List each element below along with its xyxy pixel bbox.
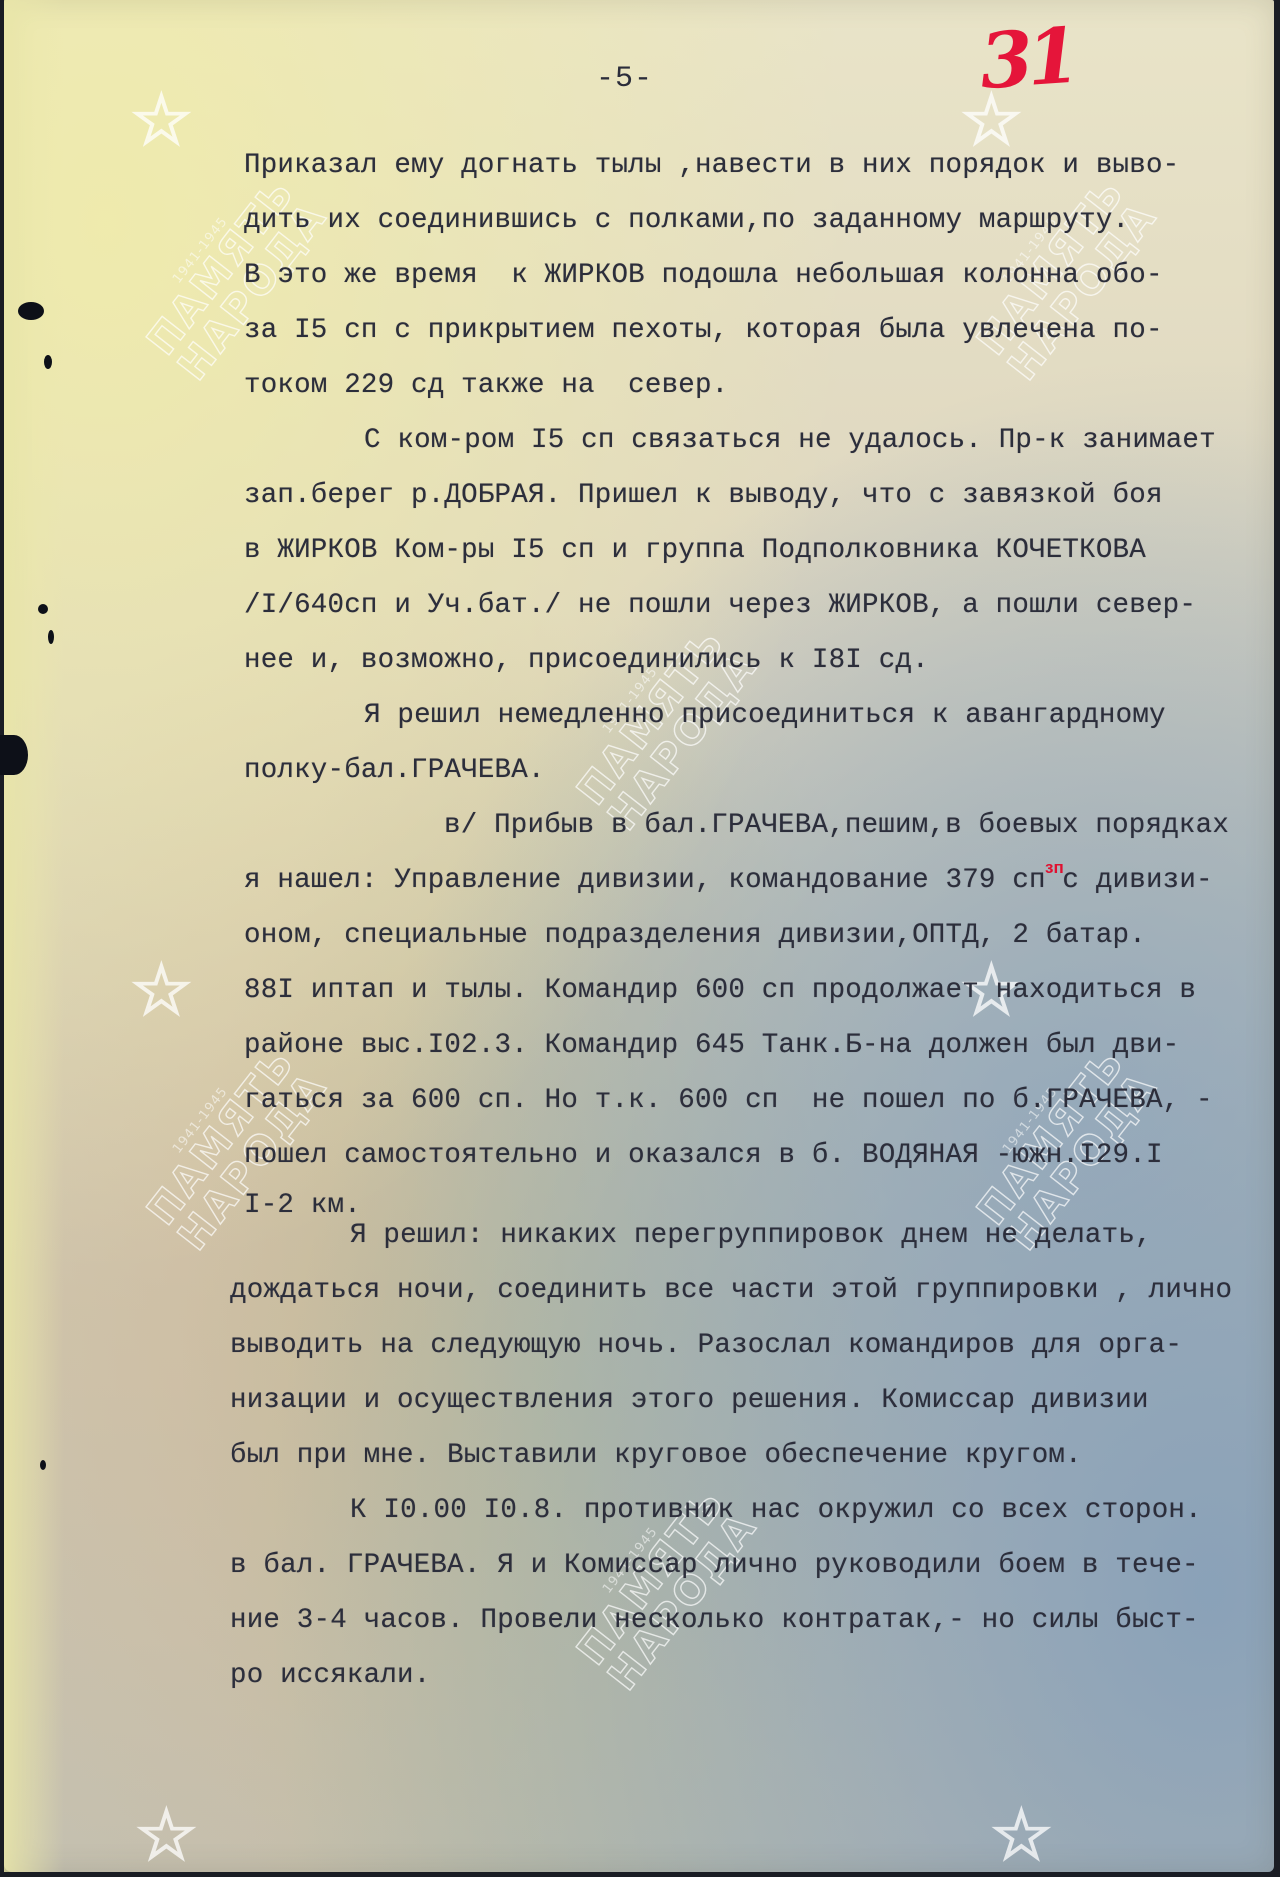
document-line: гаться за 600 сп. Но т.к. 600 сп не поше… [244,1087,1213,1115]
document-line: в бал. ГРАЧЕВА. Я и Комиссар лично руков… [230,1552,1199,1580]
document-line: ро иссякали. [230,1662,430,1690]
document-line: Я решил: никаких перегруппировок днем не… [350,1222,1152,1250]
document-line: I-2 км. [244,1192,361,1220]
document-line: я нашел: Управление дивизии, командовани… [244,867,1213,895]
document-line: дождаться ночи, соединить все части этой… [230,1277,1232,1305]
watermark-star-icon: ☆ [135,1800,198,1870]
document-line: выводить на следующую ночь. Разослал ком… [230,1332,1182,1360]
punch-hole [38,604,48,614]
document-line: С ком-ром I5 сп связаться не удалось. Пр… [364,427,1216,455]
punch-hole [18,302,44,320]
document-line: зап.берег р.ДОБРАЯ. Пришел к выводу, что… [244,482,1163,510]
document-line: пошел самостоятельно и оказался в б. ВОД… [244,1142,1163,1170]
punch-hole [48,630,54,644]
document-line: К I0.00 I0.8. противник нас окружил со в… [350,1497,1202,1525]
document-line: дить их соединившись с полками,по заданн… [244,207,1129,235]
document-line: ние 3-4 часов. Провели несколько контрат… [230,1607,1199,1635]
document-line: /I/640сп и Уч.бат./ не пошли через ЖИРКО… [244,592,1196,620]
page-left-edge [4,0,64,1872]
punch-hole [0,735,28,775]
watermark-star-icon: ☆ [990,1800,1053,1870]
watermark-star-icon: ☆ [130,955,193,1025]
document-line: В это же время к ЖИРКОВ подошла небольша… [244,262,1163,290]
watermark-star-icon: ☆ [130,85,193,155]
document-line: в ЖИРКОВ Ком-ры I5 сп и группа Подполков… [244,537,1146,565]
document-line: 88I иптап и тылы. Командир 600 сп продол… [244,977,1196,1005]
document-line: в/ Прибыв в бал.ГРАЧЕВА,пешим,в боевых п… [444,812,1229,840]
document-line: током 229 сд также на север. [244,372,728,400]
correction-mark: зп [1045,858,1064,878]
document-line: Я решил немедленно присоединиться к аван… [364,702,1166,730]
archive-sheet-number: 31 [977,11,1077,106]
document-line: районе выс.I02.3. Командир 645 Танк.Б-на… [244,1032,1179,1060]
document-line: оном, специальные подразделения дивизии,… [244,922,1146,950]
document-line: нее и, возможно, присоединились к I8I сд… [244,647,929,675]
punch-hole [40,1460,46,1470]
document-line: Приказал ему догнать тылы ,навести в них… [244,152,1179,180]
document-line: был при мне. Выставили круговое обеспече… [230,1442,1082,1470]
page-number: -5- [596,62,653,96]
punch-hole [44,355,52,369]
document-line: низации и осуществления этого решения. К… [230,1387,1149,1415]
document-line: за I5 сп с прикрытием пехоты, которая бы… [244,317,1163,345]
document-line: полку-бал.ГРАЧЕВА. [244,757,545,785]
